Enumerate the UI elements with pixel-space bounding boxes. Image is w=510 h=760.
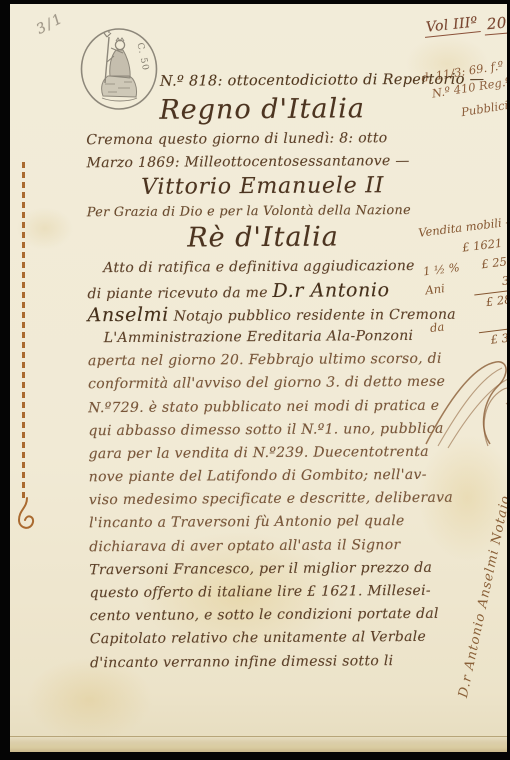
fee-label: Ani <box>424 280 445 298</box>
body-line: Anselmi Notajo pubblico residente in Cre… <box>88 302 440 328</box>
fee-value: £ 25. <box>472 253 507 274</box>
date-line: Cremona questo giorno di lunedì: 8: otto <box>86 127 438 153</box>
title-regno-ditalia: Regno d'Italia <box>86 93 438 129</box>
grace-formula-line: Per Grazia di Dio e per la Volontà della… <box>87 201 439 223</box>
fee-value: 2. <box>479 309 507 330</box>
body-line: L'Amministrazione Ereditaria Ala-Ponzoni <box>88 325 440 351</box>
body-line-part: di piante ricevuto da me <box>87 285 272 302</box>
body-line: nove piante del Latifondo di Gombito; ne… <box>89 464 441 490</box>
body-line: gara per la vendita di N.º239. Duecentot… <box>88 441 440 467</box>
title-re-ditalia: Rè d'Italia <box>87 221 439 257</box>
binding-thread <box>22 162 25 502</box>
body-line-part: Notajo pubblico residente in Cremona <box>169 306 456 324</box>
volume-mark: Vol IIIº <box>423 14 480 38</box>
pencil-corner-mark: 3/1 <box>34 10 67 38</box>
body-line: qui abbasso dimesso sotto il N.º1. uno, … <box>88 417 440 443</box>
body-line: di piante ricevuto da me D.r Antonio <box>87 278 439 304</box>
fee-label: 1 ½ % <box>422 259 460 279</box>
body-line: questo offerto di italiane lire £ 1621. … <box>89 580 441 606</box>
page-number: 201 <box>483 12 507 35</box>
body-line: d'incanto verranno infine dimessi sotto … <box>90 649 442 675</box>
title-sovereign: Vittorio Emanuele II <box>87 173 439 203</box>
fee-value: 3. <box>474 272 507 293</box>
body-line: dichiarava di aver optato all'asta il Si… <box>89 533 441 559</box>
fee-label: da <box>429 318 445 336</box>
notary-surname: Anselmi <box>88 303 169 326</box>
page-bottom-edge <box>10 736 507 752</box>
manuscript-page: 3/1 C. 50 Vol IIIº 201 <box>10 4 507 752</box>
body-line: N.º729. è stato pubblicato nei modi di p… <box>88 394 440 420</box>
body-line: viso medesimo specificate e descritte, d… <box>89 487 441 513</box>
body-line: conformità all'avviso del giorno 3. di d… <box>88 371 440 397</box>
body-line: aperta nel giorno 20. Febbrajo ultimo sc… <box>88 348 440 374</box>
body-line: Capitolato relativo che unitamente al Ve… <box>90 626 442 652</box>
notary-paraph-flourish-icon <box>418 356 507 455</box>
body-line: l'incanto a Traversoni fù Antonio pel qu… <box>89 510 441 536</box>
main-text-block: N.º 818: ottocentodiciotto di Repertorio… <box>86 67 442 675</box>
fee-subtotal: £ 28. <box>474 290 507 312</box>
repertorio-number-line: N.º 818: ottocentodiciotto di Repertorio… <box>86 67 438 95</box>
body-line: Atto di ratifica e definitiva aggiudicaz… <box>87 255 439 281</box>
body-line: cento ventuno, e sotto le condizioni por… <box>90 603 442 629</box>
notary-first-name: D.r Antonio <box>272 279 389 302</box>
date-line: Marzo 1869: Milleottocentosessantanove — <box>86 150 438 176</box>
binding-thread-loop-icon <box>15 496 39 538</box>
body-line: Traversoni Francesco, per il miglior pre… <box>89 557 441 583</box>
scanned-document: 3/1 C. 50 Vol IIIº 201 <box>0 0 510 760</box>
